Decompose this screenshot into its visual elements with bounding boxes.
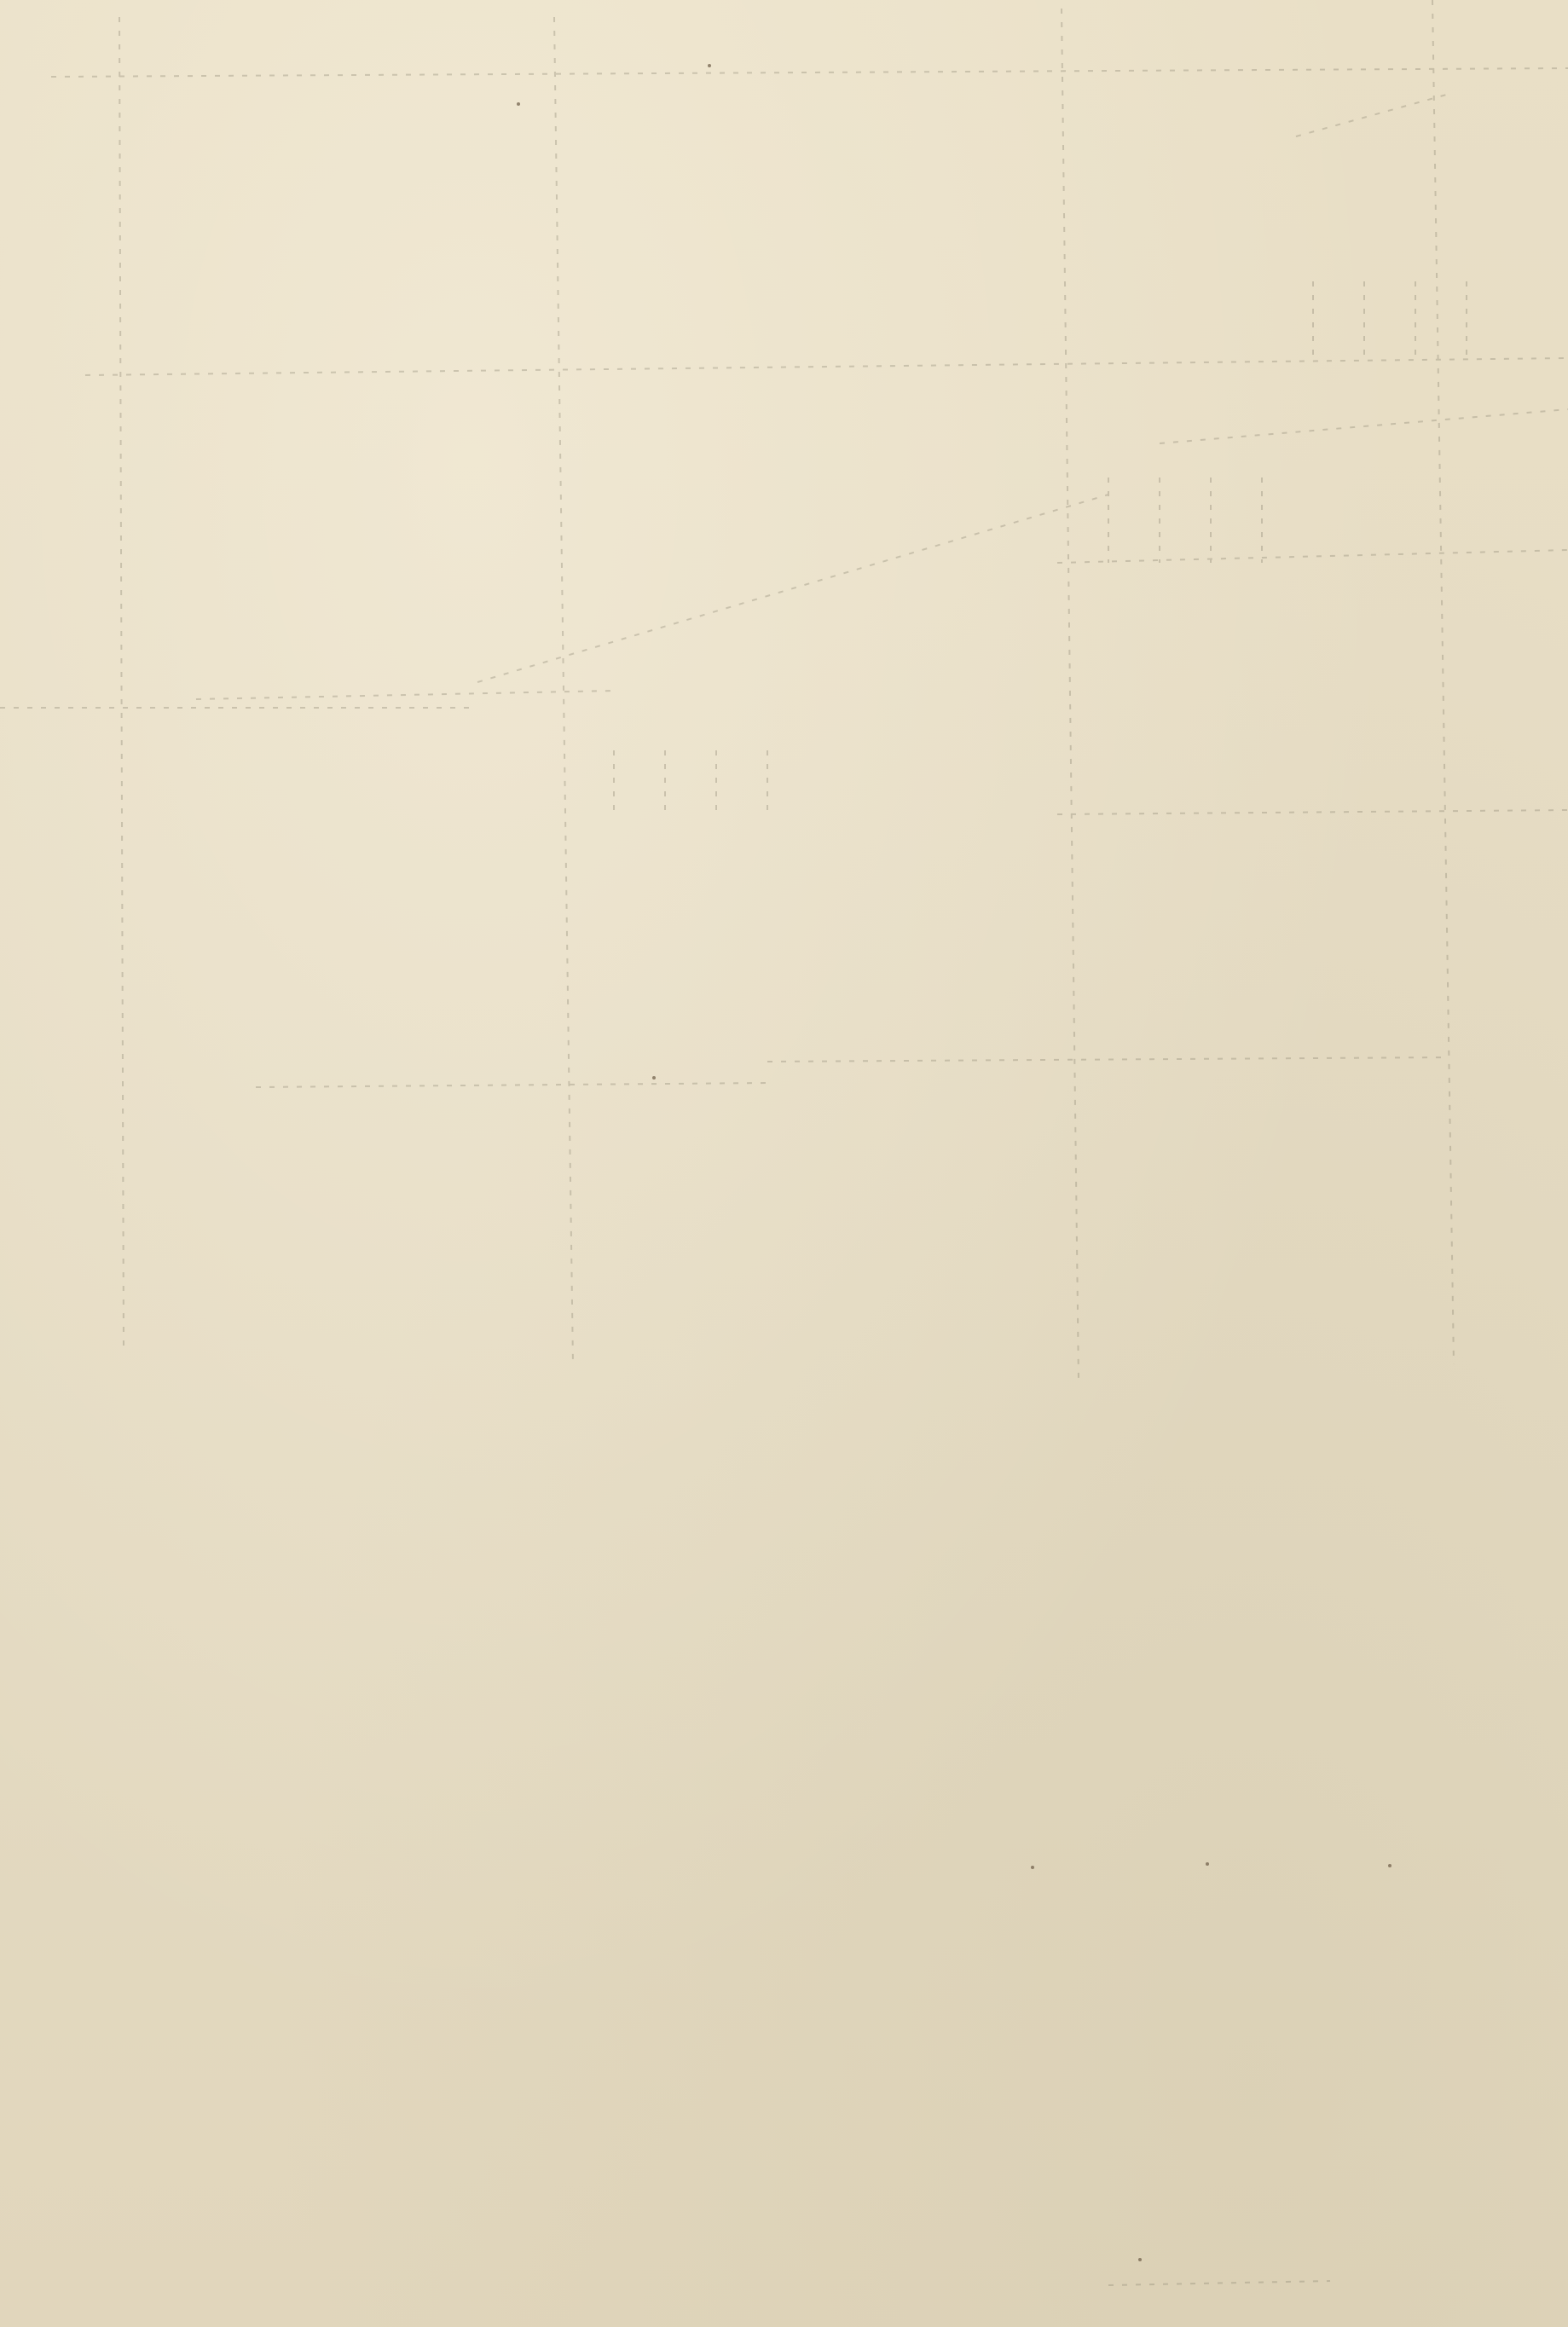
paper-speck <box>1388 1864 1392 1867</box>
paper-speck <box>1206 1862 1209 1866</box>
paper-speck <box>1138 2258 1142 2261</box>
paper-speck <box>652 1076 656 1080</box>
paper-speck <box>708 64 711 67</box>
scanned-blank-page <box>0 0 1568 2327</box>
paper-speck <box>517 102 520 106</box>
paper-speck <box>1031 1866 1034 1869</box>
bleed-through-lines <box>0 0 1568 2327</box>
